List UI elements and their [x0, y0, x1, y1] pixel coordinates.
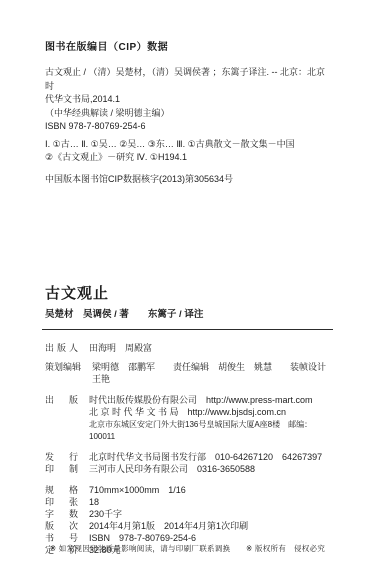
imprint-value: 710mm×1000mm 1/16	[89, 484, 333, 496]
imprint-row-printing: 印制 三河市人民印务有限公司 0316-3650588	[45, 463, 333, 475]
imprint-label: 规格	[45, 484, 78, 496]
imprint-row-editors: 策划编辑 梁明德 邵鹏军 责任编辑 胡俊生 姚慧 装帧设计 王艳	[45, 361, 333, 385]
imprint-value: ISBN 978-7-80769-254-6	[89, 532, 333, 544]
imprint-value: 2014年4月第1版 2014年4月第1次印刷	[89, 520, 333, 532]
imprint-label: 出版人	[45, 342, 78, 354]
cip-record-block: 古文观止 / （清）吴楚材，（清）吴调侯著 ；东篱子译注. -- 北京：北京时 …	[45, 66, 333, 134]
imprint-row-format: 规格 710mm×1000mm 1/16	[45, 484, 333, 496]
cip-record-line-2: 代华文书局,2014.1	[45, 93, 333, 107]
imprint-label: 版次	[45, 520, 78, 532]
book-authors-line: 吴楚材 吴调侯 / 著 东篱子 / 译注	[45, 309, 333, 320]
imprint-value: 梁明德 邵鹏军 责任编辑 胡俊生 姚慧 装帧设计 王艳	[92, 361, 333, 385]
publisher-company-line: 时代出版传媒股份有限公司 http://www.press-mart.com	[89, 394, 333, 407]
imprint-row-edition: 版次 2014年4月第1版 2014年4月第1次印刷	[45, 520, 333, 532]
cip-class-line-2: ②《古文观止》－研究 Ⅳ. ①H194.1	[45, 151, 333, 165]
publisher-imprint-line: 北 京 时 代 华 文 书 局 http://www.bjsdsj.com.cn	[89, 406, 333, 419]
imprint-label: 印张	[45, 496, 78, 508]
quality-copyright-notice: ※ 如发现因印装质量影响阅读，请与印刷厂联系调换 ※ 版权所有 侵权必究	[0, 543, 375, 554]
imprint-value: 18	[89, 496, 333, 508]
horizontal-divider	[42, 329, 333, 330]
imprint-value: 230千字	[89, 508, 333, 520]
imprint-row-publisher: 出版 时代出版传媒股份有限公司 http://www.press-mart.co…	[45, 394, 333, 444]
imprint-label: 印制	[45, 463, 78, 475]
imprint-row-distribution: 发行 北京时代华文书局图书发行部 010-64267120 64267397	[45, 451, 333, 463]
imprint-value: 田海明 周殿富	[89, 342, 333, 354]
book-title: 古文观止	[45, 286, 333, 302]
cip-class-line-1: Ⅰ. ①古… Ⅱ. ①吴… ②吴… ③东… Ⅲ. ①古典散文－散文集－中国	[45, 138, 333, 152]
cip-series-line: （中华经典解读 / 梁明德主编）	[45, 107, 333, 121]
imprint-value: 三河市人民印务有限公司 0316-3650588	[89, 463, 333, 475]
cip-registration-line: 中国版本图书馆CIP数据核字(2013)第305634号	[45, 173, 333, 186]
imprint-row-book-number: 书号 ISBN 978-7-80769-254-6	[45, 532, 333, 544]
imprint-row-word-count: 字数 230千字	[45, 508, 333, 520]
imprint-block: 出版人 田海明 周殿富 策划编辑 梁明德 邵鹏军 责任编辑 胡俊生 姚慧 装帧设…	[45, 342, 333, 556]
imprint-label: 出版	[45, 394, 78, 406]
copyright-page: 图书在版编目（CIP）数据 古文观止 / （清）吴楚材，（清）吴调侯著 ；东篱子…	[0, 0, 375, 580]
imprint-row-sheets: 印张 18	[45, 496, 333, 508]
cip-record-line-1: 古文观止 / （清）吴楚材，（清）吴调侯著 ；东篱子译注. -- 北京：北京时	[45, 66, 333, 93]
imprint-row-publisher-person: 出版人 田海明 周殿富	[45, 342, 333, 354]
cip-header: 图书在版编目（CIP）数据	[45, 38, 333, 53]
cip-classification-block: Ⅰ. ①古… Ⅱ. ①吴… ②吴… ③东… Ⅲ. ①古典散文－散文集－中国 ②《…	[45, 138, 333, 165]
imprint-label: 书号	[45, 532, 78, 544]
cip-isbn-line: ISBN 978-7-80769-254-6	[45, 120, 333, 134]
publisher-address-line: 北京市东城区安定门外大街136号皇城国际大厦A座8楼 邮编：100011	[89, 419, 333, 444]
imprint-label: 发行	[45, 451, 78, 463]
imprint-label: 字数	[45, 508, 78, 520]
imprint-value: 时代出版传媒股份有限公司 http://www.press-mart.com 北…	[89, 394, 333, 444]
imprint-value: 北京时代华文书局图书发行部 010-64267120 64267397	[89, 451, 333, 463]
imprint-label: 策划编辑	[45, 361, 81, 373]
